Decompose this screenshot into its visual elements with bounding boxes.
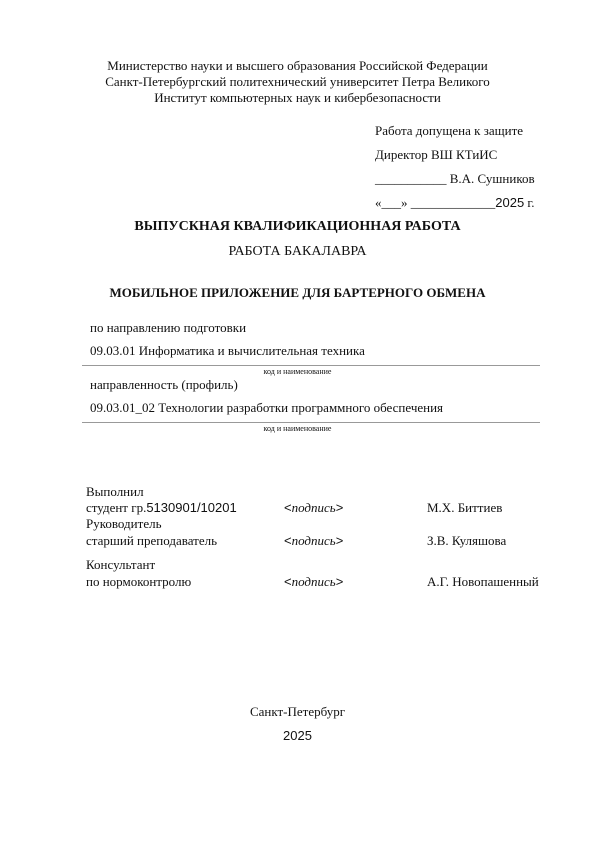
angle-close: > — [336, 500, 344, 515]
date-quote-close: » — [401, 195, 408, 210]
signer-name-supervisor: З.В. Куляшова — [427, 533, 506, 549]
student-group-prefix: студент гр. — [86, 500, 146, 515]
document-subtype: РАБОТА БАКАЛАВРА — [0, 244, 595, 260]
direction-caption: код и наименование — [0, 367, 595, 376]
profile-label: направленность (профиль) — [90, 377, 238, 393]
signer-role-consultant: Консультант — [86, 557, 155, 573]
direction-underline — [82, 365, 540, 366]
signer-position-supervisor: старший преподаватель — [86, 533, 217, 549]
date-day-blank: ___ — [382, 195, 402, 210]
footer-year: 2025 — [0, 728, 595, 743]
thesis-topic: МОБИЛЬНОЕ ПРИЛОЖЕНИЕ ДЛЯ БАРТЕРНОГО ОБМЕ… — [0, 285, 595, 301]
approval-director-title: Директор ВШ КТиИС — [375, 147, 497, 163]
signature-placeholder-student: <подпись> — [284, 500, 343, 516]
director-name: В.А. Сушников — [450, 171, 535, 186]
approval-admitted: Работа допущена к защите — [375, 123, 523, 139]
approval-date: «___» _____________2025 г. — [375, 195, 535, 211]
signer-role-supervisor: Руководитель — [86, 516, 162, 532]
signature-placeholder-consultant: <подпись> — [284, 574, 343, 590]
angle-open: < — [284, 574, 292, 589]
angle-open: < — [284, 533, 292, 548]
date-year-suffix: г. — [524, 195, 534, 210]
date-year: 2025 — [495, 195, 524, 210]
signature-word: подпись — [292, 533, 336, 548]
direction-label: по направлению подготовки — [90, 320, 246, 336]
angle-close: > — [336, 574, 344, 589]
angle-open: < — [284, 500, 292, 515]
profile-value: 09.03.01_02 Технологии разработки програ… — [90, 400, 443, 416]
signature-word: подпись — [292, 500, 336, 515]
date-month-blank: _____________ — [411, 195, 496, 210]
document-type: ВЫПУСКНАЯ КВАЛИФИКАЦИОННАЯ РАБОТА — [0, 219, 595, 235]
profile-caption: код и наименование — [0, 424, 595, 433]
university-line: Санкт-Петербургский политехнический унив… — [0, 74, 595, 90]
direction-value: 09.03.01 Информатика и вычислительная те… — [90, 343, 365, 359]
approval-director-sign: ___________ В.А. Сушников — [375, 171, 535, 187]
ministry-line: Министерство науки и высшего образования… — [0, 58, 595, 74]
signature-word: подпись — [292, 574, 336, 589]
signature-blank: ___________ — [375, 171, 447, 186]
signer-name-student: М.Х. Биттиев — [427, 500, 502, 516]
angle-close: > — [336, 533, 344, 548]
institute-line: Институт компьютерных наук и кибербезопа… — [0, 90, 595, 106]
signer-role-student: Выполнил — [86, 484, 144, 500]
signer-position-consultant: по нормоконтролю — [86, 574, 191, 590]
student-group-number: 5130901/10201 — [146, 500, 236, 515]
signer-position-student: студент гр.5130901/10201 — [86, 500, 237, 516]
footer-city: Санкт-Петербург — [0, 704, 595, 720]
signature-placeholder-supervisor: <подпись> — [284, 533, 343, 549]
signer-name-consultant: А.Г. Новопашенный — [427, 574, 539, 590]
profile-underline — [82, 422, 540, 423]
